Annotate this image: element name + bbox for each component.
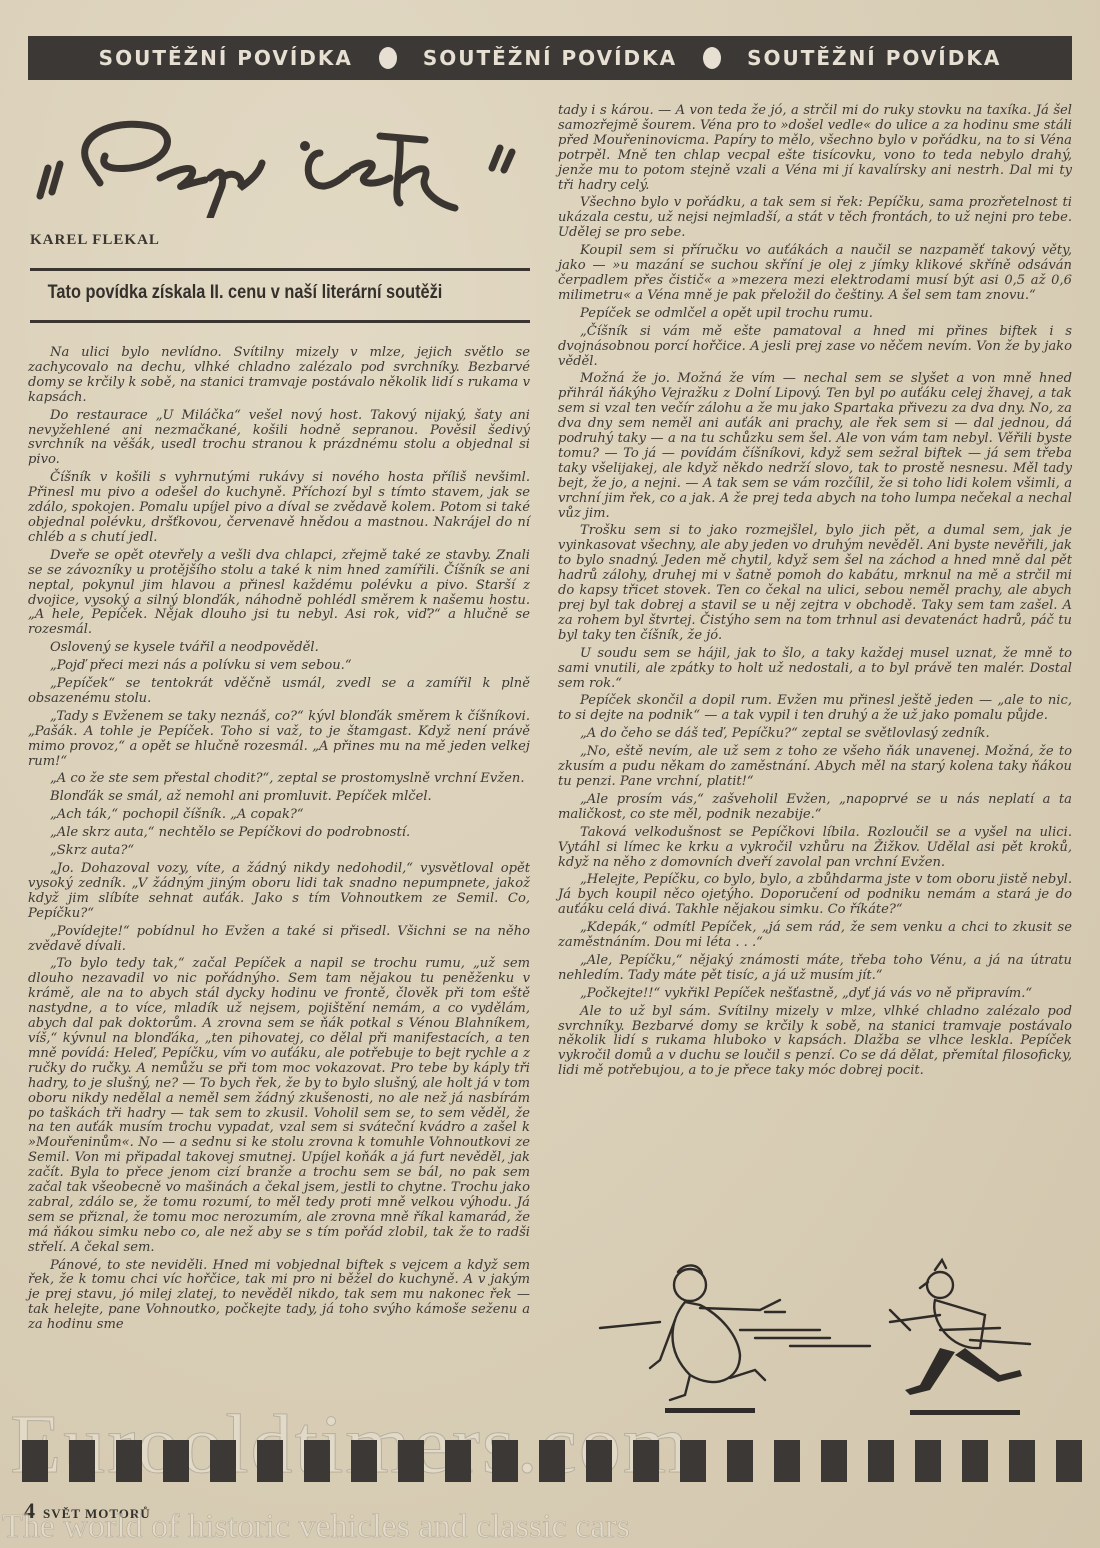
paragraph: „Počkejte!!“ vykřikl Pepíček nešťastně, … xyxy=(558,987,1072,1002)
bullet-icon xyxy=(379,47,397,69)
paragraph: „Ale, Pepíčku,“ nějaký známosti máte, tř… xyxy=(558,954,1072,984)
paragraph: Trošku sem si to jako rozmejšlel, bylo j… xyxy=(558,524,1072,643)
bullet-icon xyxy=(703,47,721,69)
paragraph: Na ulici bylo nevlídno. Svítilny mizely … xyxy=(28,346,530,406)
paragraph: Dveře se opět otevřely a vešli dva chlap… xyxy=(28,549,530,638)
paragraph: „Ale skrz auta,“ nechtělo se Pepíčkovi d… xyxy=(28,826,530,841)
watermark-tagline: The world of historic vehicles and class… xyxy=(2,1508,630,1546)
paragraph: Číšník v košili s vyhrnutými rukávy si n… xyxy=(28,471,530,546)
film-strip-divider xyxy=(22,1440,1082,1482)
paragraph: „Číšník si vám mě ešte pamatoval a hned … xyxy=(558,325,1072,370)
banner-label-1: SOUTĚŽNÍ POVÍDKA xyxy=(99,46,353,70)
article-column-left: Na ulici bylo nevlídno. Svítilny mizely … xyxy=(28,346,530,1336)
paragraph: Do restaurace „U Miláčka“ vešel nový hos… xyxy=(28,409,530,469)
paragraph: „Jo. Dohazoval vozy, víte, a žádný nikdy… xyxy=(28,862,530,922)
paragraph: „No, eště nevím, ale už sem z toho ze vš… xyxy=(558,745,1072,790)
paragraph: Oslovený se kysele tvářil a neodpověděl. xyxy=(28,641,530,656)
paragraph: „Ale prosím vás,“ zašveholil Evžen, „nap… xyxy=(558,793,1072,823)
subtitle-award: Tato povídka získala II. cenu v naší lit… xyxy=(30,282,460,304)
paragraph: „A co že ste sem přestal chodit?“, zepta… xyxy=(28,772,530,787)
article-column-right: tady i s károu. — A von teda že jó, a st… xyxy=(558,104,1072,1082)
paragraph: Taková velkodušnost se Pepíčkovi líbila.… xyxy=(558,826,1072,871)
paragraph: Pánové, to ste neviděli. Hned mi vobjedn… xyxy=(28,1259,530,1334)
paragraph: Možná že jo. Možná že vím — nechal sem s… xyxy=(558,372,1072,521)
paragraph: Pepíček skončil a dopil rum. Evžen mu př… xyxy=(558,694,1072,724)
author-byline: KAREL FLEKAL xyxy=(30,232,160,249)
paragraph: „Povídejte!“ pobídnul ho Evžen a také si… xyxy=(28,925,530,955)
paragraph: Všechno bylo v pořádku, a tak sem si řek… xyxy=(558,196,1072,241)
paragraph: „Pojď přeci mezi nás a polívku si vem se… xyxy=(28,659,530,674)
paragraph: „A do čeho se dáš teď, Pepíčku?“ zeptal … xyxy=(558,727,1072,742)
cartoon-illustration xyxy=(590,1240,1090,1415)
paragraph: „Kdepák,“ odmítl Pepíček, „já sem rád, ž… xyxy=(558,921,1072,951)
paragraph: „Ach ták,“ pochopil číšník. „A copak?“ xyxy=(28,808,530,823)
header-banner: SOUTĚŽNÍ POVÍDKA SOUTĚŽNÍ POVÍDKA SOUTĚŽ… xyxy=(28,36,1072,80)
paragraph: U soudu sem se hájil, jak to šlo, a taky… xyxy=(558,647,1072,692)
banner-label-2: SOUTĚŽNÍ POVÍDKA xyxy=(423,46,677,70)
paragraph: Pepíček se odmlčel a opět upil trochu ru… xyxy=(558,307,1072,322)
banner-label-3: SOUTĚŽNÍ POVÍDKA xyxy=(747,46,1001,70)
paragraph: „Helejte, Pepíčku, co bylo, bylo, a zbůh… xyxy=(558,873,1072,918)
divider-top xyxy=(30,268,530,271)
divider-bottom xyxy=(30,320,530,323)
paragraph: Blonďák se smál, až nemohl ani promluvit… xyxy=(28,790,530,805)
script-title-logo: „Pepíček“ xyxy=(30,108,530,218)
paragraph: „Skrz auta?“ xyxy=(28,844,530,859)
paragraph: Koupil sem si příručku vo auťákách a nau… xyxy=(558,244,1072,304)
paragraph: tady i s károu. — A von teda že jó, a st… xyxy=(558,104,1072,193)
paragraph: Ale to už byl sám. Svítilny mizely v mlz… xyxy=(558,1005,1072,1080)
paragraph: „Tady s Evženem se taky neznáš, co?“ kýv… xyxy=(28,710,530,770)
paragraph: „To bylo tedy tak,“ začal Pepíček a napi… xyxy=(28,957,530,1255)
paragraph: „Pepíček“ se tentokrát vděčně usmál, zve… xyxy=(28,677,530,707)
